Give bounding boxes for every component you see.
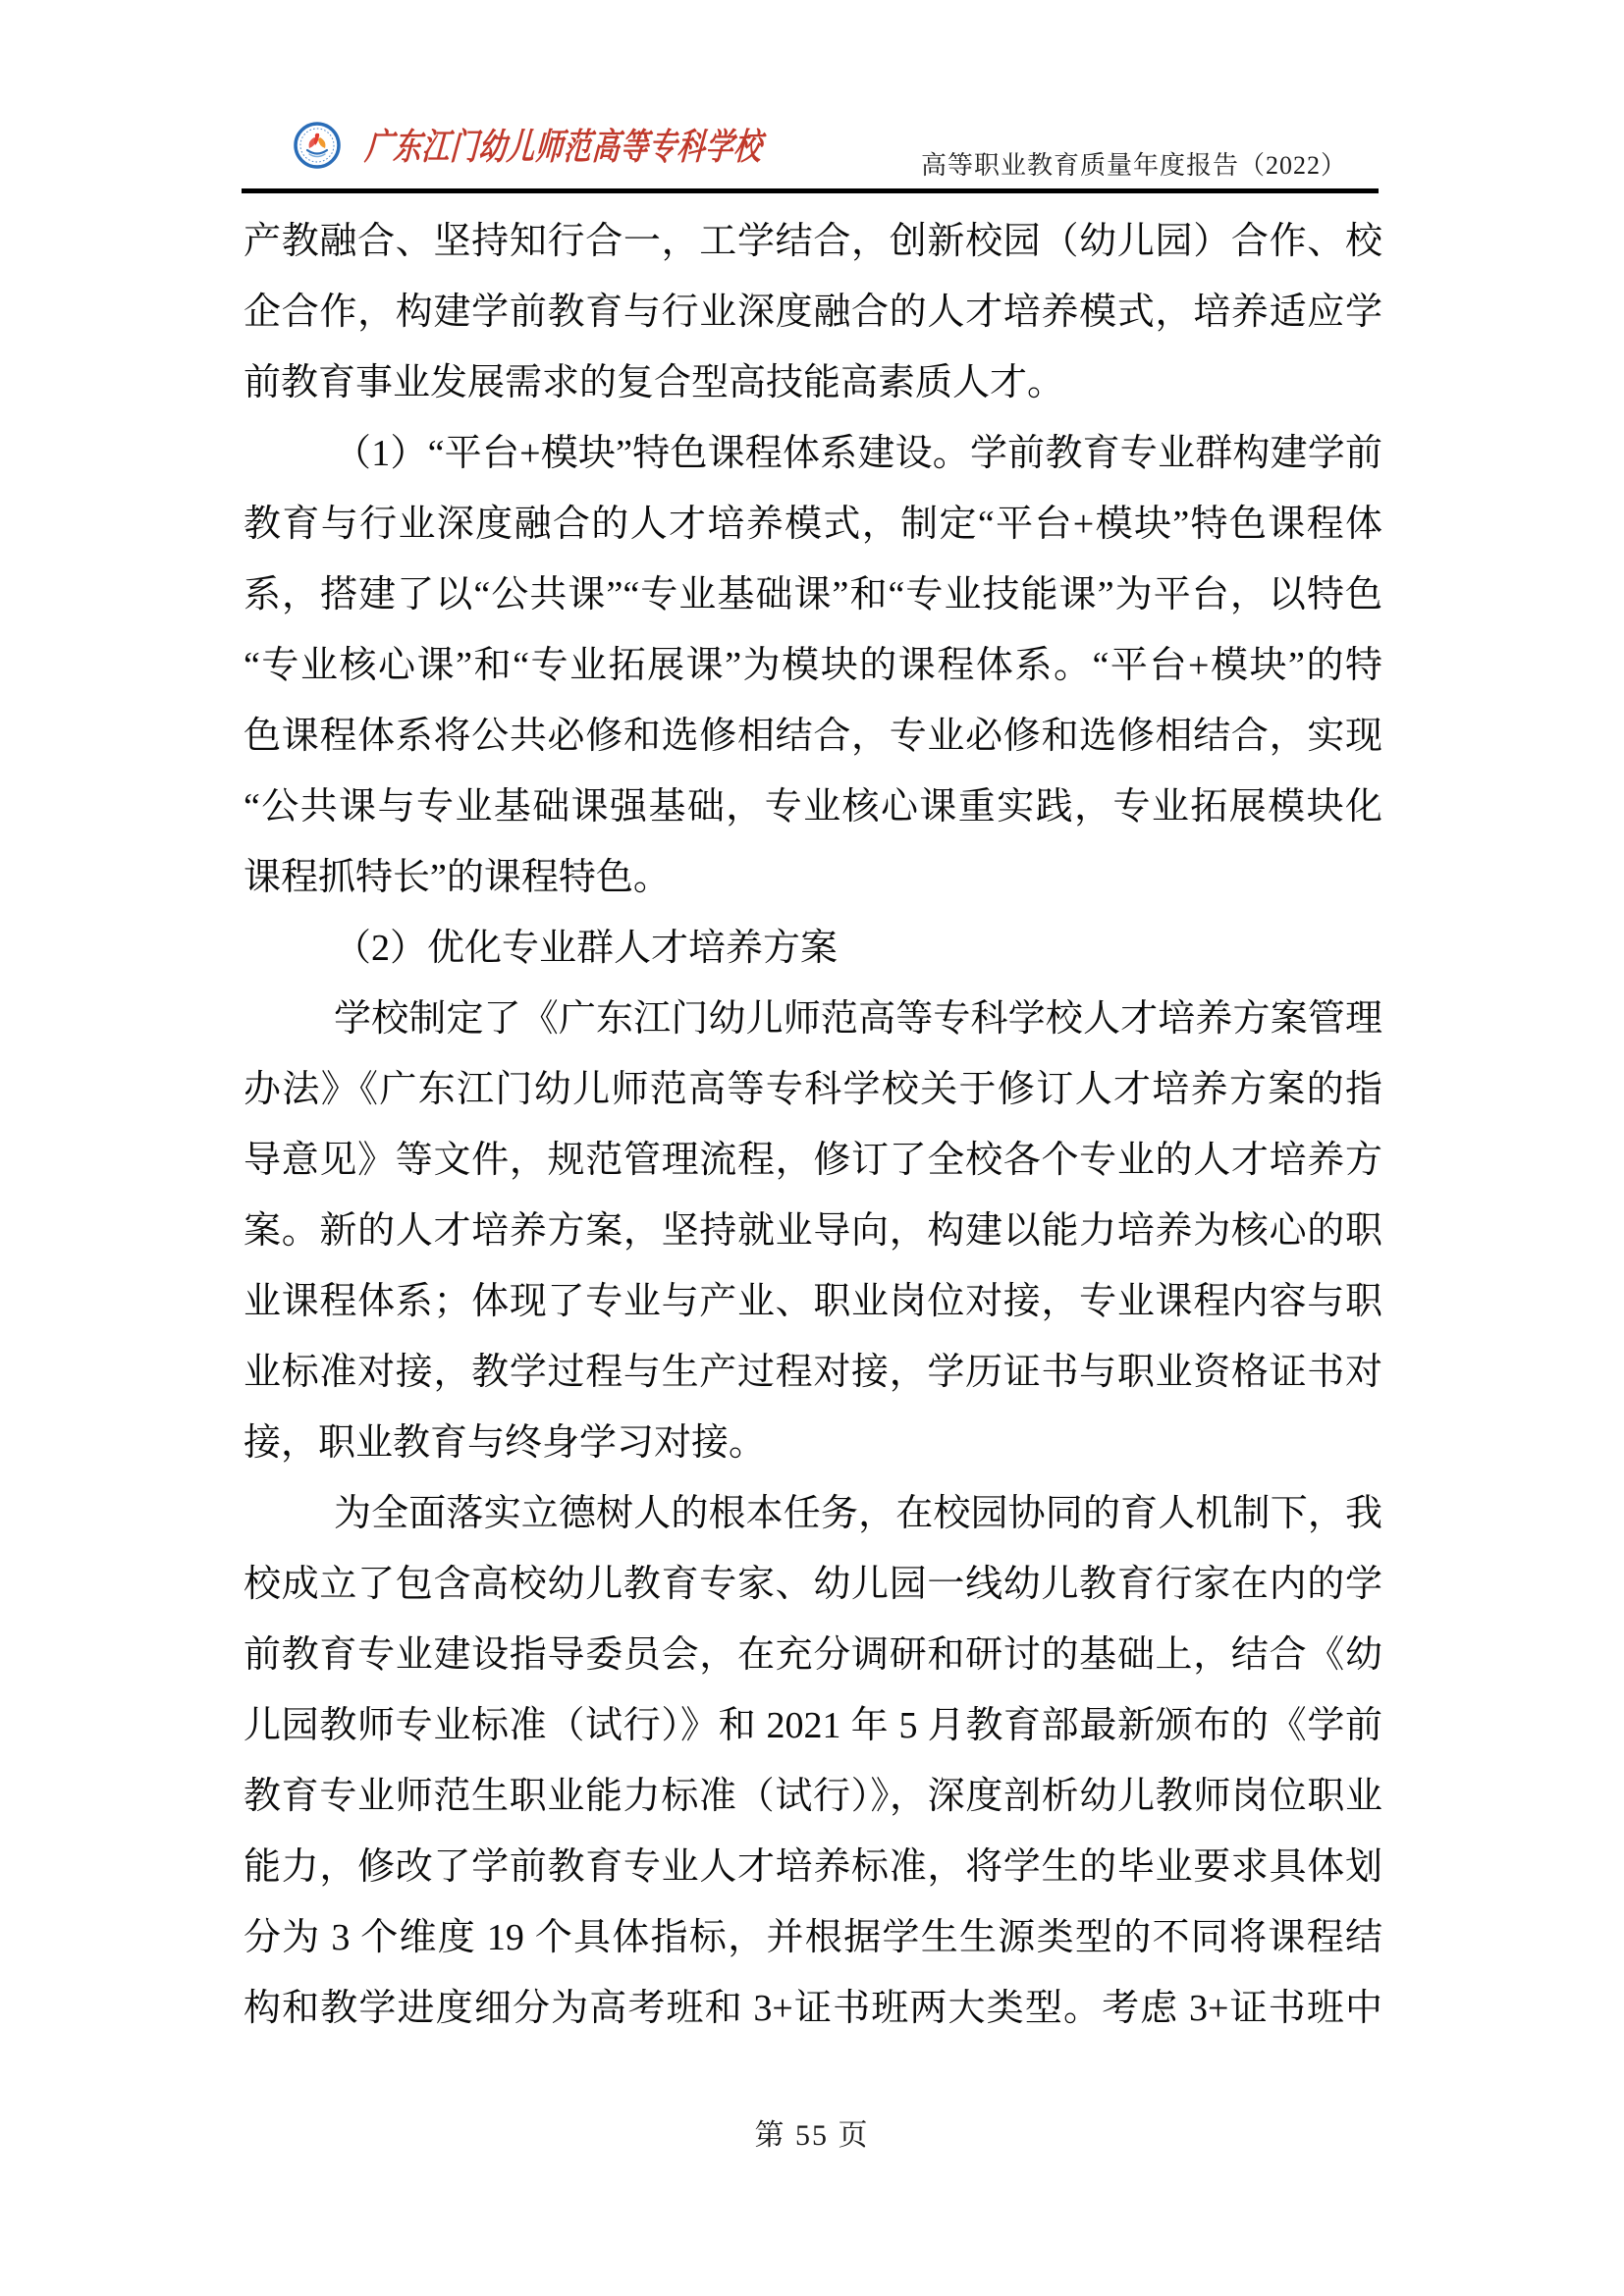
- text-line: 校成立了包含高校幼儿教育专家、幼儿园一线幼儿教育行家在内的学: [244, 1549, 1382, 1620]
- text-line: 系，搭建了以“公共课”“专业基础课”和“专业技能课”为平台，以特色: [244, 560, 1382, 630]
- text-line: 为全面落实立德树人的根本任务，在校园协同的育人机制下，我: [244, 1478, 1382, 1549]
- text-line: 企合作，构建学前教育与行业深度融合的人才培养模式，培养适应学: [244, 277, 1382, 347]
- text-line: 教育专业师范生职业能力标准（试行）》，深度剖析幼儿教师岗位职业: [244, 1761, 1382, 1832]
- page-number: 第 55 页: [755, 2119, 870, 2152]
- text-line: 构和教学进度细分为高考班和 3+证书班两大类型。考虑 3+证书班中: [244, 1973, 1382, 2044]
- text-line: 办法》《广东江门幼儿师范高等专科学校关于修订人才培养方案的指: [244, 1054, 1382, 1125]
- text-line: 能力，修改了学前教育专业人才培养标准，将学生的毕业要求具体划: [244, 1832, 1382, 1902]
- text-line: 导意见》等文件，规范管理流程，修订了全校各个专业的人才培养方: [244, 1125, 1382, 1196]
- text-line: 前教育事业发展需求的复合型高技能高素质人才。: [244, 347, 1382, 418]
- text-line: 接，职业教育与终身学习对接。: [244, 1408, 1382, 1478]
- text-line: 案。新的人才培养方案，坚持就业导向，构建以能力培养为核心的职: [244, 1196, 1382, 1266]
- text-line: 业标准对接，教学过程与生产过程对接，学历证书与职业资格证书对: [244, 1337, 1382, 1408]
- text-line: 儿园教师专业标准（试行）》和 2021 年 5 月教育部最新颁布的《学前: [244, 1690, 1382, 1761]
- text-line: （2）优化专业群人才培养方案: [244, 913, 1382, 984]
- text-line: “专业核心课”和“专业拓展课”为模块的课程体系。“平台+模块”的特: [244, 630, 1382, 701]
- text-line: 色课程体系将公共必修和选修相结合，专业必修和选修相结合，实现: [244, 701, 1382, 772]
- text-line: 分为 3 个维度 19 个具体指标，并根据学生生源类型的不同将课程结: [244, 1902, 1382, 1973]
- school-emblem-icon: [294, 122, 341, 169]
- text-line: 产教融合、坚持知行合一，工学结合，创新校园（幼儿园）合作、校: [244, 206, 1382, 277]
- text-line: 业课程体系；体现了专业与产业、职业岗位对接，专业课程内容与职: [244, 1266, 1382, 1337]
- text-line: 学校制定了《广东江门幼儿师范高等专科学校人才培养方案管理: [244, 984, 1382, 1054]
- text-line: 课程抓特长”的课程特色。: [244, 842, 1382, 913]
- text-line: “公共课与专业基础课强基础，专业核心课重实践，专业拓展模块化: [244, 772, 1382, 842]
- text-line: 前教育专业建设指导委员会，在充分调研和研讨的基础上，结合《幼: [244, 1620, 1382, 1690]
- page-header: 广东江门幼儿师范高等专科学校 高等职业教育质量年度报告（2022）: [0, 0, 1624, 196]
- header-divider-rule: [242, 188, 1379, 193]
- body-text: 产教融合、坚持知行合一，工学结合，创新校园（幼儿园）合作、校企合作，构建学前教育…: [244, 206, 1382, 2044]
- document-page: 广东江门幼儿师范高等专科学校 高等职业教育质量年度报告（2022） 产教融合、坚…: [0, 0, 1624, 2296]
- text-line: 教育与行业深度融合的人才培养模式，制定“平台+模块”特色课程体: [244, 489, 1382, 560]
- school-name-calligraphy: 广东江门幼儿师范高等专科学校: [363, 118, 765, 179]
- report-title: 高等职业教育质量年度报告（2022）: [921, 145, 1347, 182]
- text-line: （1）“平台+模块”特色课程体系建设。学前教育专业群构建学前: [244, 418, 1382, 489]
- page-footer: 第 55 页: [0, 2110, 1624, 2154]
